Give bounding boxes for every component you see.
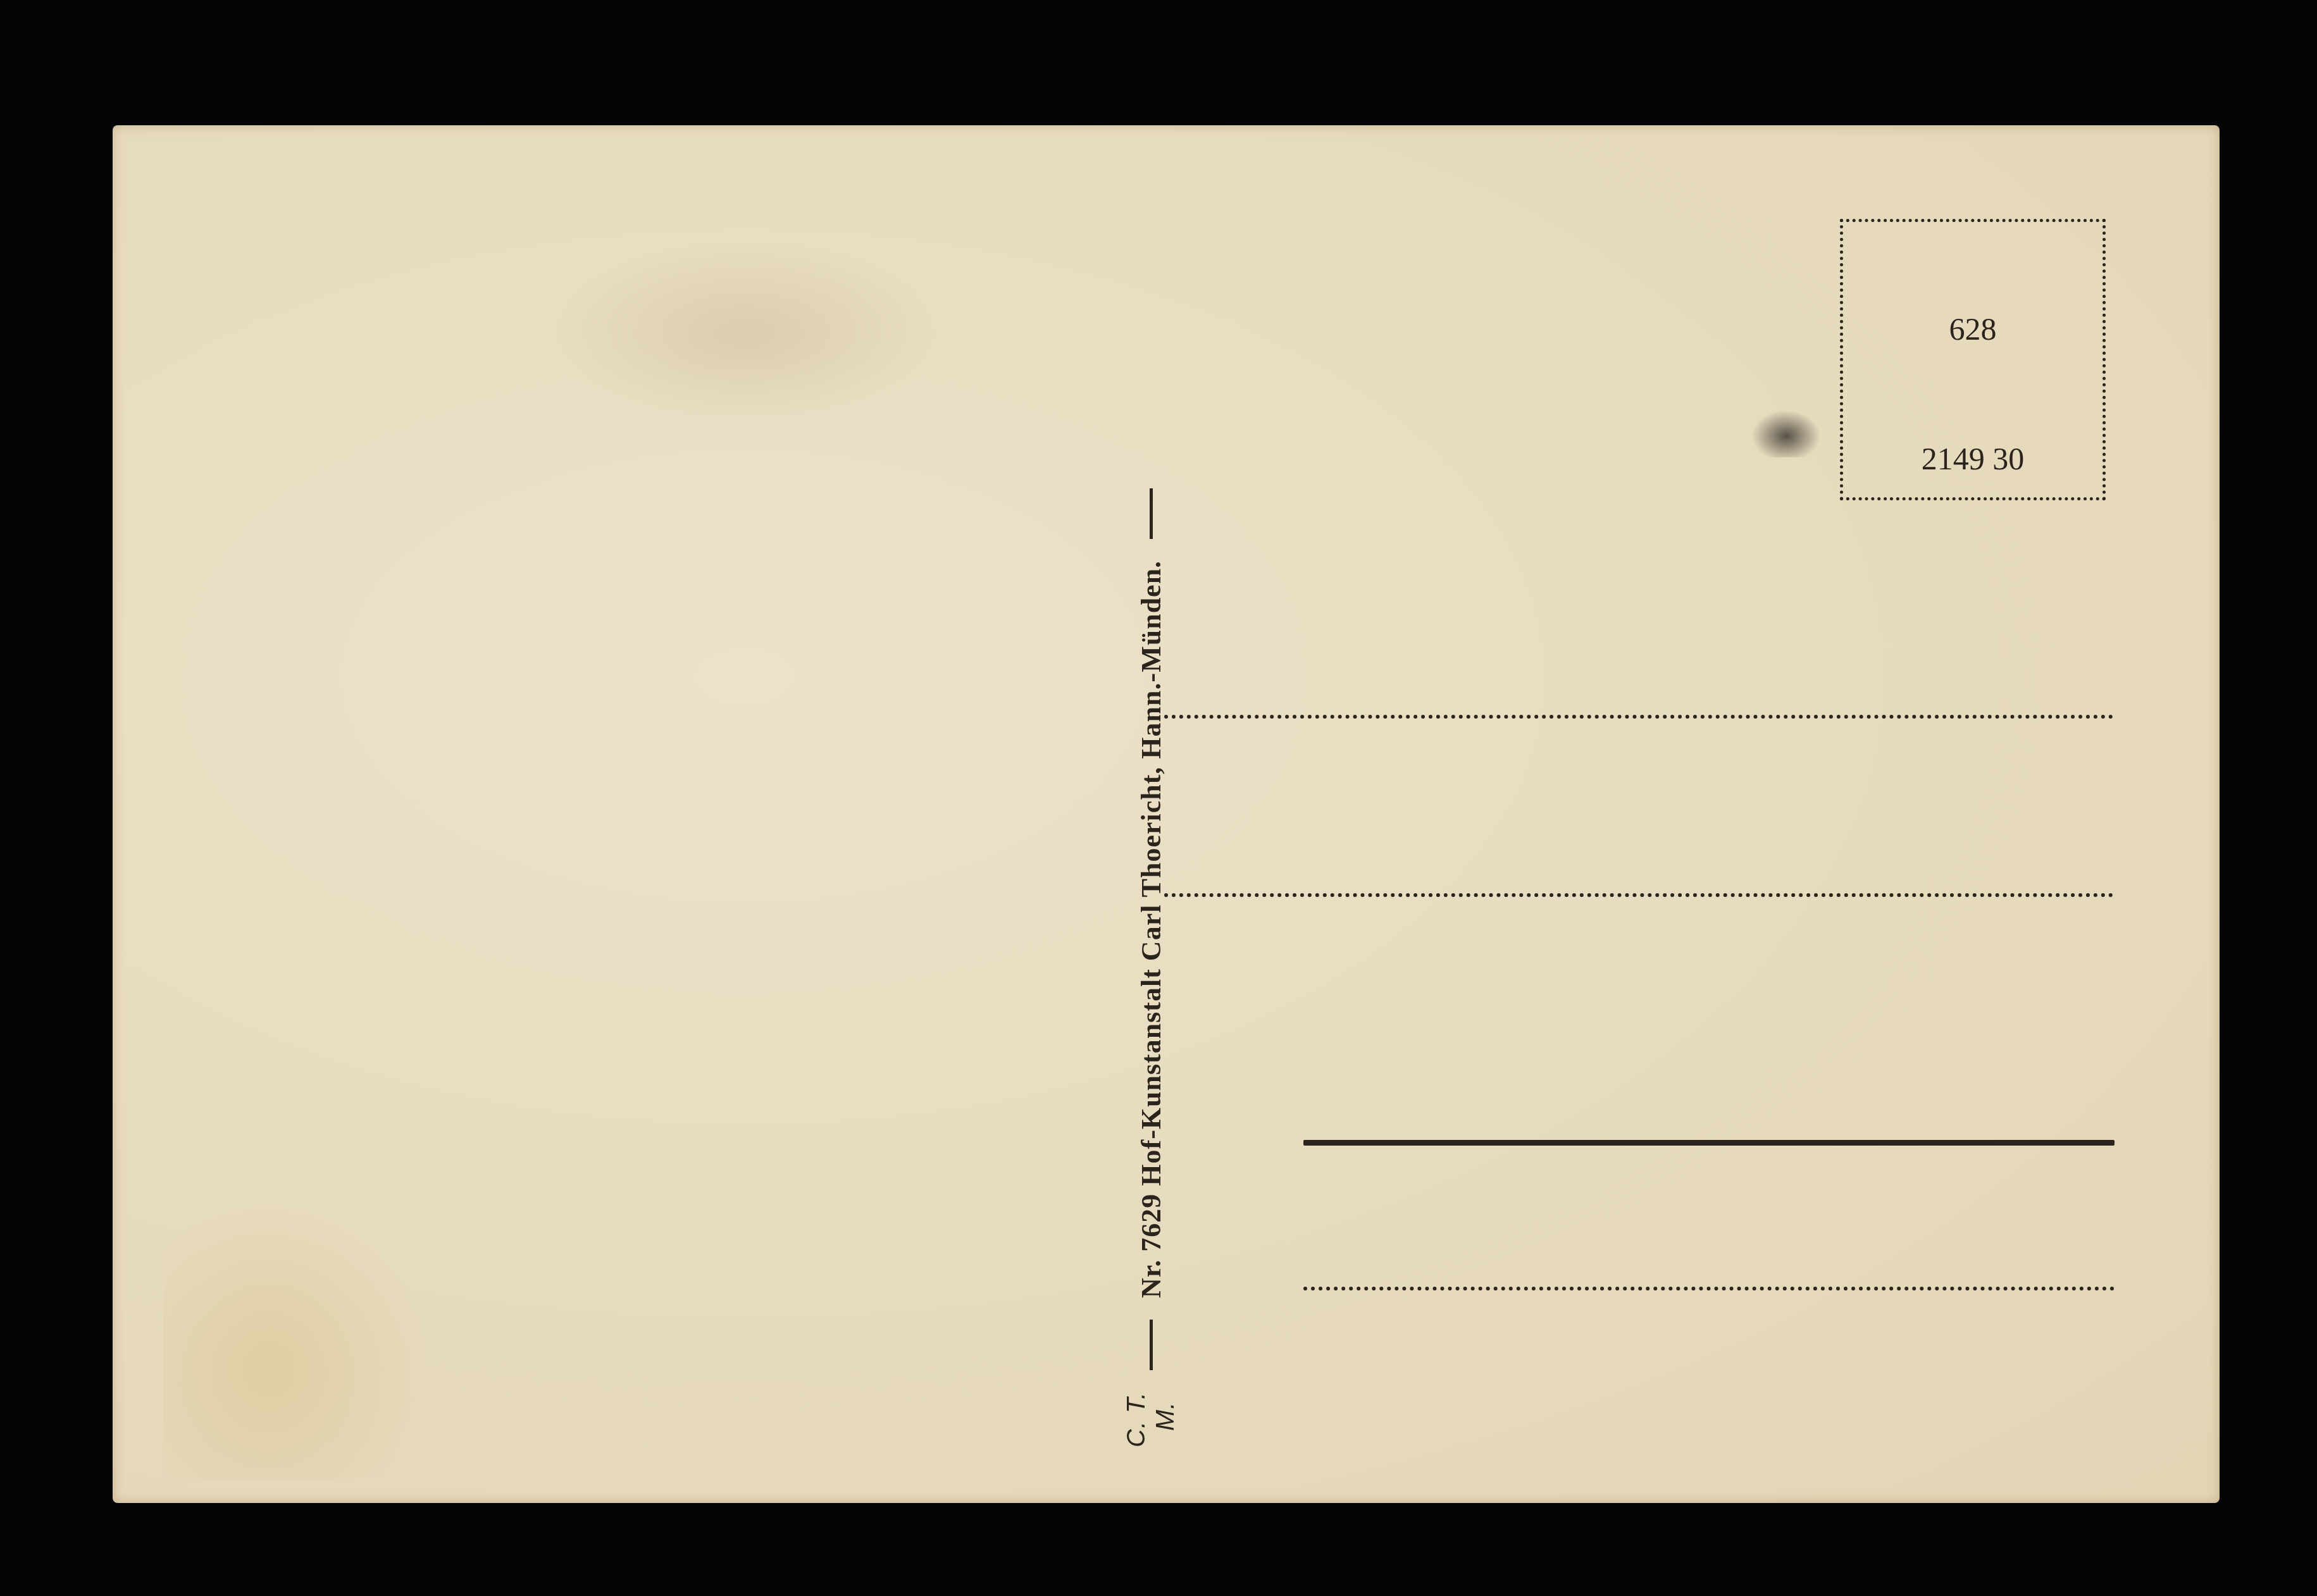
paper-smudge xyxy=(543,239,948,429)
stamp-box: 628 2149 30 xyxy=(1840,219,2106,500)
address-line-2 xyxy=(1164,893,2113,897)
stamp-number-top: 628 xyxy=(1843,311,2103,347)
ink-smudge xyxy=(1751,410,1821,457)
initials-line1: C. T. xyxy=(1122,1392,1151,1447)
address-line-1 xyxy=(1164,715,2113,719)
publisher-initials: C. T. M. xyxy=(1122,1392,1180,1447)
address-line-3 xyxy=(1303,1140,2115,1146)
postcard-back: C. T. M. Nr. 7629 Hof-Kunstanstalt Carl … xyxy=(113,125,2220,1503)
divider-dash xyxy=(1150,1320,1153,1370)
publisher-text: Nr. 7629 Hof-Kunstanstalt Carl Thoericht… xyxy=(1135,560,1167,1298)
stamp-number-bottom: 2149 30 xyxy=(1843,440,2103,477)
divider-dash xyxy=(1150,488,1153,539)
paper-stain xyxy=(163,1201,429,1479)
initials-line2: M. xyxy=(1151,1392,1180,1447)
address-line-4 xyxy=(1303,1287,2115,1290)
publisher-imprint: C. T. M. Nr. 7629 Hof-Kunstanstalt Carl … xyxy=(1096,245,1198,1447)
